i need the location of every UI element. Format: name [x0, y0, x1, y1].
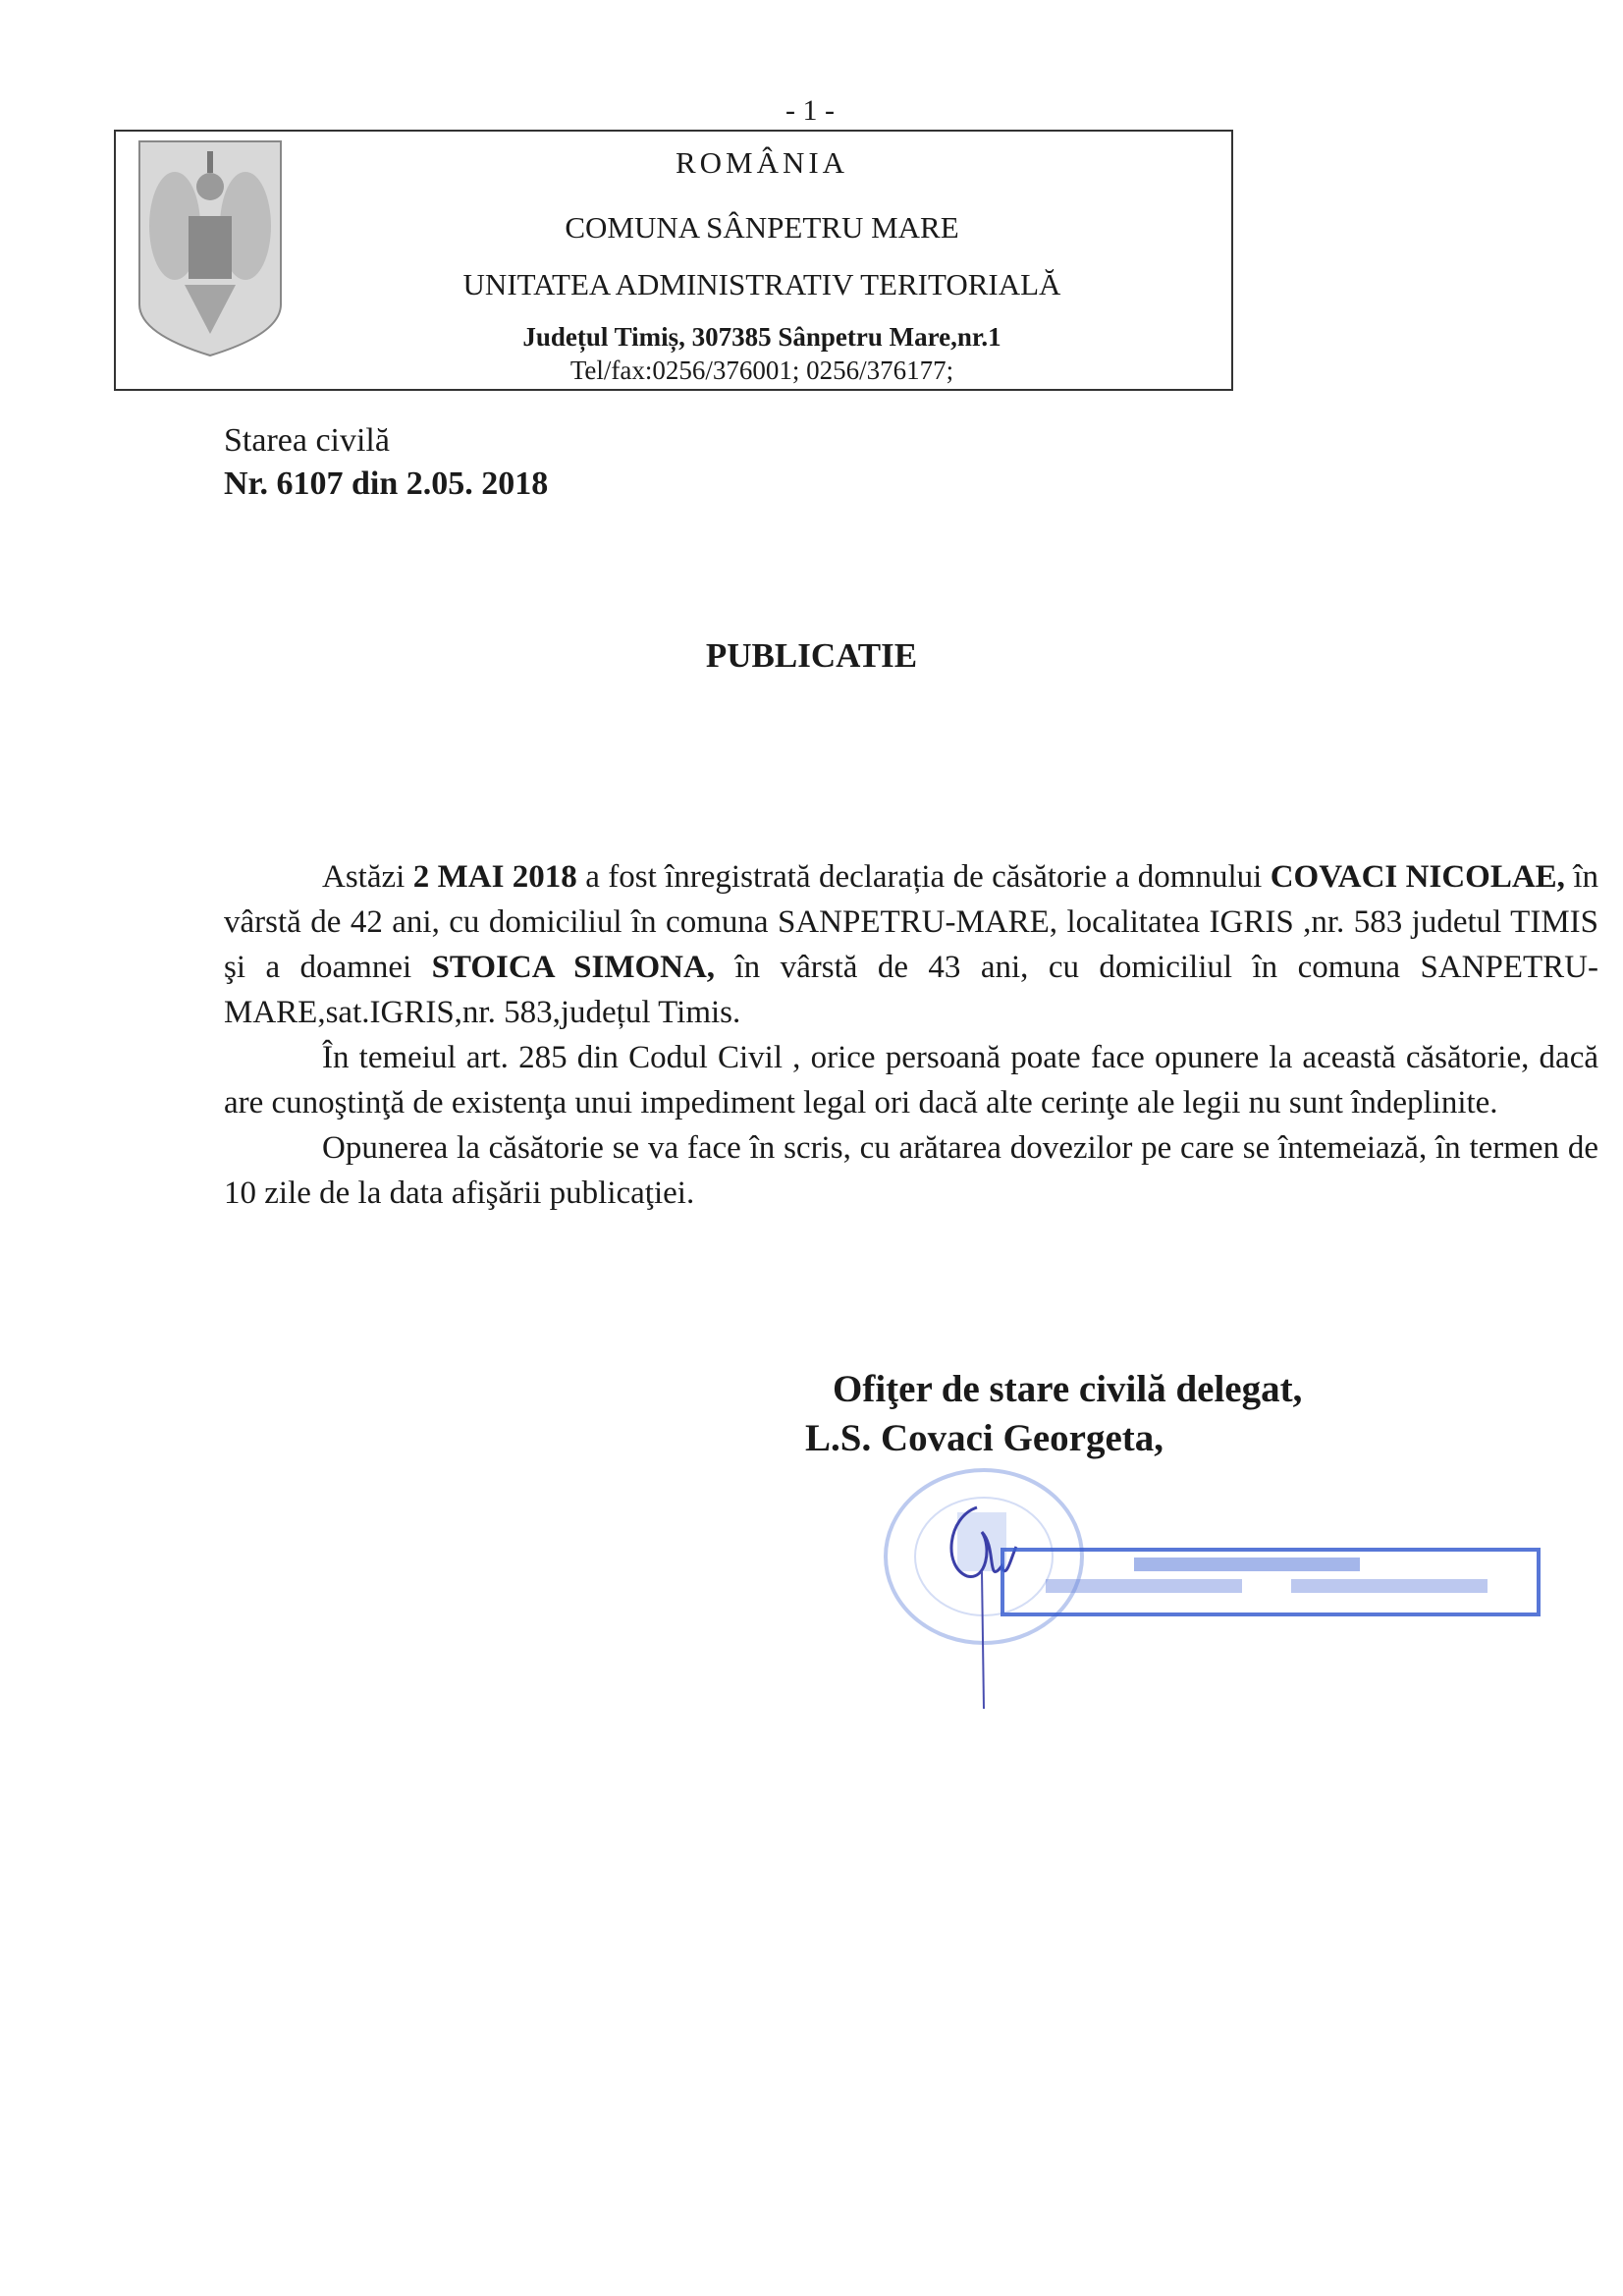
- paragraph-objection: Opunerea la căsătorie se va face în scri…: [224, 1125, 1598, 1216]
- text: Astăzi: [322, 859, 413, 895]
- groom-name: COVACI NICOLAE,: [1271, 859, 1565, 895]
- letterhead: ROMÂNIA COMUNA SÂNPETRU MARE UNITATEA AD…: [114, 130, 1233, 391]
- registration-number: Nr. 6107 din 2.05. 2018: [224, 465, 548, 503]
- header-commune: COMUNA SÂNPETRU MARE: [312, 210, 1212, 246]
- signatory-name: L.S. Covaci Georgeta,: [805, 1416, 1163, 1460]
- declaration-date: 2 MAI 2018: [413, 859, 577, 895]
- romania-coat-of-arms-icon: [135, 137, 285, 357]
- header-unit: UNITATEA ADMINISTRATIV TERITORIALĂ: [312, 267, 1212, 302]
- document-body: Astăzi 2 MAI 2018 a fost înregistrată de…: [224, 854, 1598, 1216]
- paragraph-declaration: Astăzi 2 MAI 2018 a fost înregistrată de…: [224, 854, 1598, 1035]
- text: a fost înregistrată declarația de căsăto…: [577, 859, 1271, 895]
- paragraph-legal-basis: În temeiul art. 285 din Codul Civil , or…: [224, 1035, 1598, 1125]
- page-number: - 1 -: [785, 94, 835, 128]
- signatory-title: Ofiţer de stare civilă delegat,: [833, 1367, 1302, 1411]
- document-title: PUBLICATIE: [0, 636, 1623, 676]
- bride-name: STOICA SIMONA,: [432, 950, 715, 985]
- header-contact: Tel/fax:0256/376001; 0256/376177;: [312, 355, 1212, 386]
- rectangular-stamp-icon: [997, 1544, 1546, 1622]
- registration-department: Starea civilă: [224, 422, 390, 460]
- header-address: Județul Timiș, 307385 Sânpetru Mare,nr.1: [312, 322, 1212, 353]
- header-country: ROMÂNIA: [312, 145, 1212, 181]
